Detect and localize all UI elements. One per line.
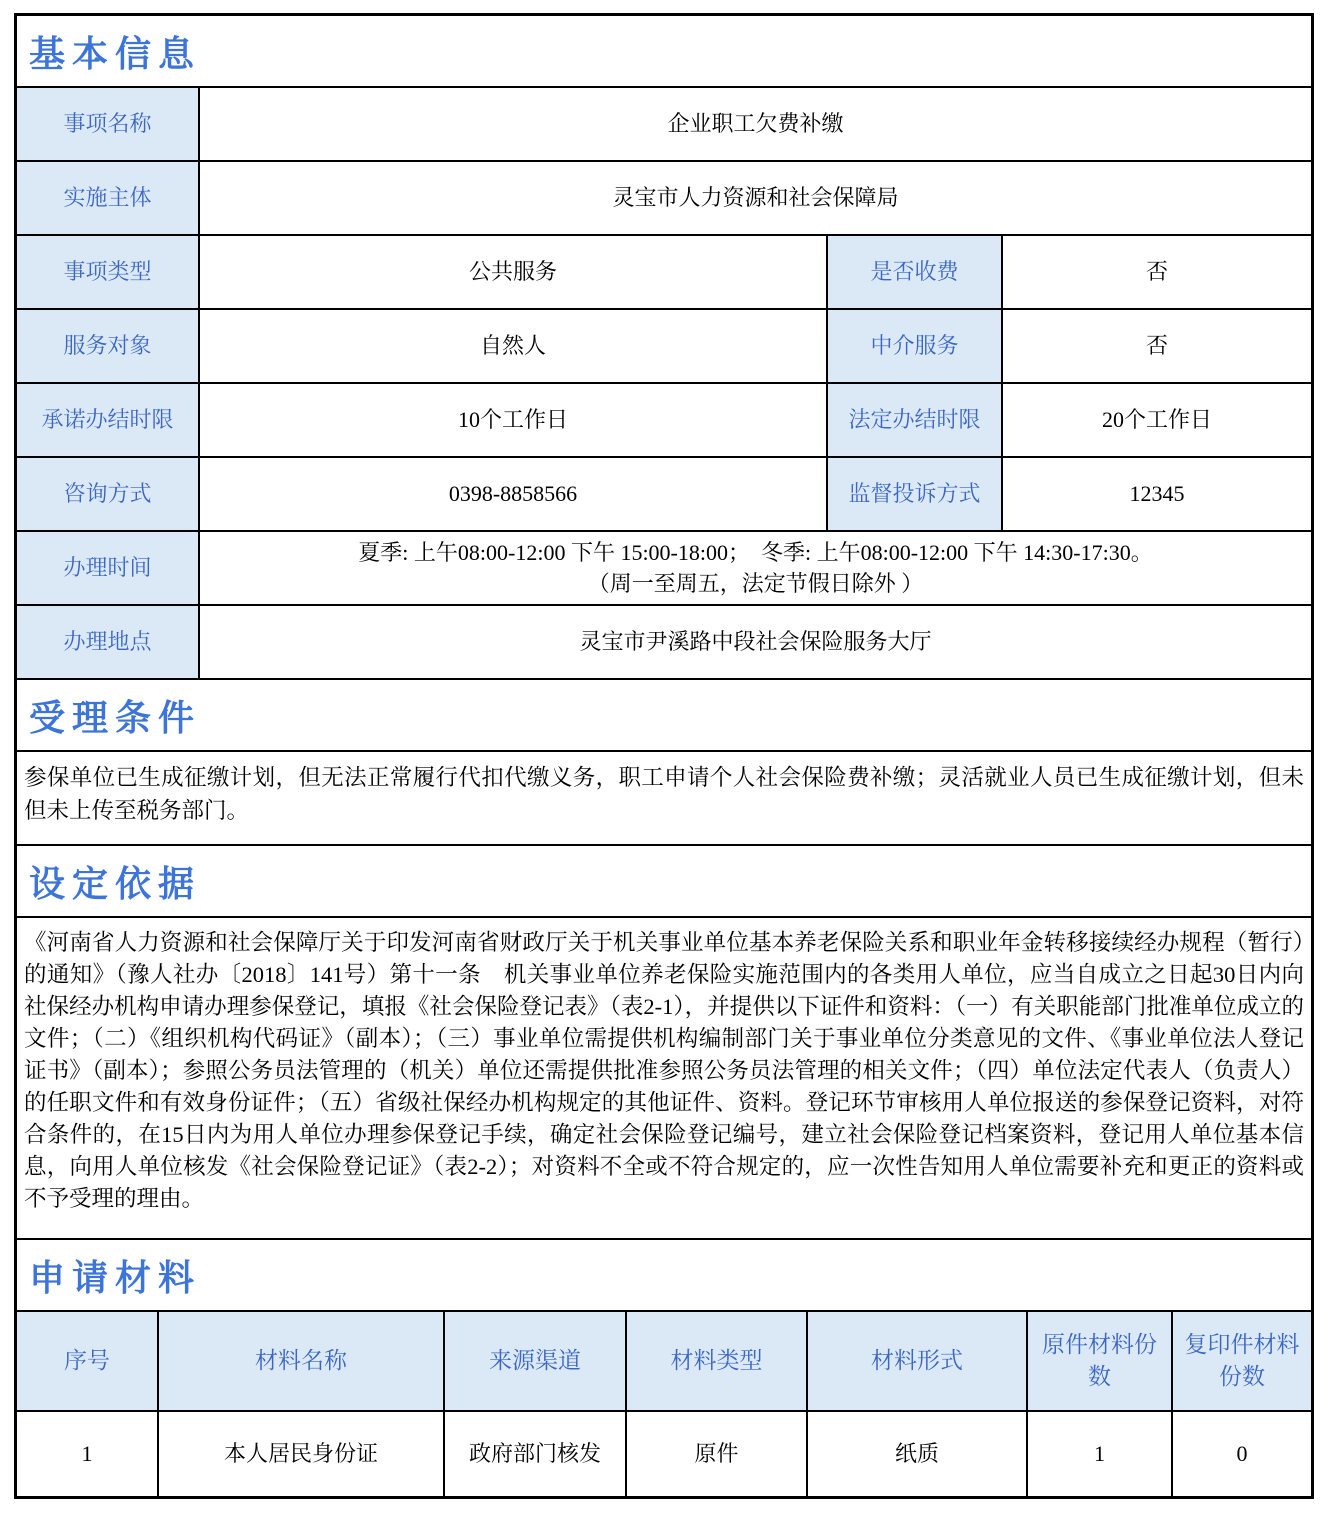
value-statutory-time-limit: 20个工作日: [1003, 384, 1311, 458]
materials-row-seq: 1: [17, 1412, 159, 1496]
label-processing-time: 办理时间: [17, 532, 200, 606]
section-title-application-materials: 申请材料: [17, 1240, 1311, 1312]
materials-row-original-copies: 1: [1028, 1412, 1173, 1496]
label-intermediary-service: 中介服务: [828, 310, 1003, 384]
materials-header-form: 材料形式: [808, 1312, 1028, 1412]
value-service-target: 自然人: [200, 310, 828, 384]
value-promised-time-limit: 10个工作日: [200, 384, 828, 458]
value-fee-required: 否: [1003, 236, 1311, 310]
materials-header-seq: 序号: [17, 1312, 159, 1412]
materials-header-source: 来源渠道: [445, 1312, 627, 1412]
value-consultation-phone: 0398-8858566: [200, 458, 828, 532]
value-supervision-complaint-phone: 12345: [1003, 458, 1311, 532]
label-supervision-complaint-method: 监督投诉方式: [828, 458, 1003, 532]
label-consultation-method: 咨询方式: [17, 458, 200, 532]
label-item-type: 事项类型: [17, 236, 200, 310]
service-info-sheet: 基本信息 事项名称 企业职工欠费补缴 实施主体 灵宝市人力资源和社会保障局 事项…: [14, 13, 1314, 1499]
processing-time-line1: 夏季: 上午08:00-12:00 下午 15:00-18:00； 冬季: 上午…: [358, 537, 1152, 568]
materials-row-form: 纸质: [808, 1412, 1028, 1496]
value-implementing-agency: 灵宝市人力资源和社会保障局: [200, 162, 1311, 236]
label-promised-time-limit: 承诺办结时限: [17, 384, 200, 458]
value-processing-time: 夏季: 上午08:00-12:00 下午 15:00-18:00； 冬季: 上午…: [200, 532, 1311, 606]
materials-row-source: 政府部门核发: [445, 1412, 627, 1496]
section-title-basic-info: 基本信息: [17, 16, 1311, 88]
label-statutory-time-limit: 法定办结时限: [828, 384, 1003, 458]
materials-header-original-copies: 原件材料份数: [1028, 1312, 1173, 1412]
materials-header-name: 材料名称: [159, 1312, 445, 1412]
label-processing-location: 办理地点: [17, 606, 200, 680]
section-title-setting-basis: 设定依据: [17, 846, 1311, 918]
materials-row-name: 本人居民身份证: [159, 1412, 445, 1496]
basic-info-table: 事项名称 企业职工欠费补缴 实施主体 灵宝市人力资源和社会保障局 事项类型 公共…: [17, 88, 1311, 680]
acceptance-conditions-text: 参保单位已生成征缴计划，但无法正常履行代扣代缴义务，职工申请个人社会保险费补缴；…: [17, 752, 1311, 846]
label-service-target: 服务对象: [17, 310, 200, 384]
materials-row-photocopy-copies: 0: [1173, 1412, 1311, 1496]
section-title-acceptance-conditions: 受理条件: [17, 680, 1311, 752]
materials-table: 序号 材料名称 来源渠道 材料类型 材料形式 原件材料份数 复印件材料份数 1 …: [17, 1312, 1311, 1496]
value-item-type: 公共服务: [200, 236, 828, 310]
materials-row-type: 原件: [627, 1412, 808, 1496]
label-implementing-agency: 实施主体: [17, 162, 200, 236]
value-item-name: 企业职工欠费补缴: [200, 88, 1311, 162]
label-item-name: 事项名称: [17, 88, 200, 162]
value-intermediary-service: 否: [1003, 310, 1311, 384]
setting-basis-text: 《河南省人力资源和社会保障厅关于印发河南省财政厅关于机关事业单位基本养老保险关系…: [17, 918, 1311, 1240]
materials-header-type: 材料类型: [627, 1312, 808, 1412]
label-fee-required: 是否收费: [828, 236, 1003, 310]
value-processing-location: 灵宝市尹溪路中段社会保险服务大厅: [200, 606, 1311, 680]
materials-header-photocopy-copies: 复印件材料份数: [1173, 1312, 1311, 1412]
processing-time-line2: （周一至周五，法定节假日除外 ）: [588, 568, 924, 599]
